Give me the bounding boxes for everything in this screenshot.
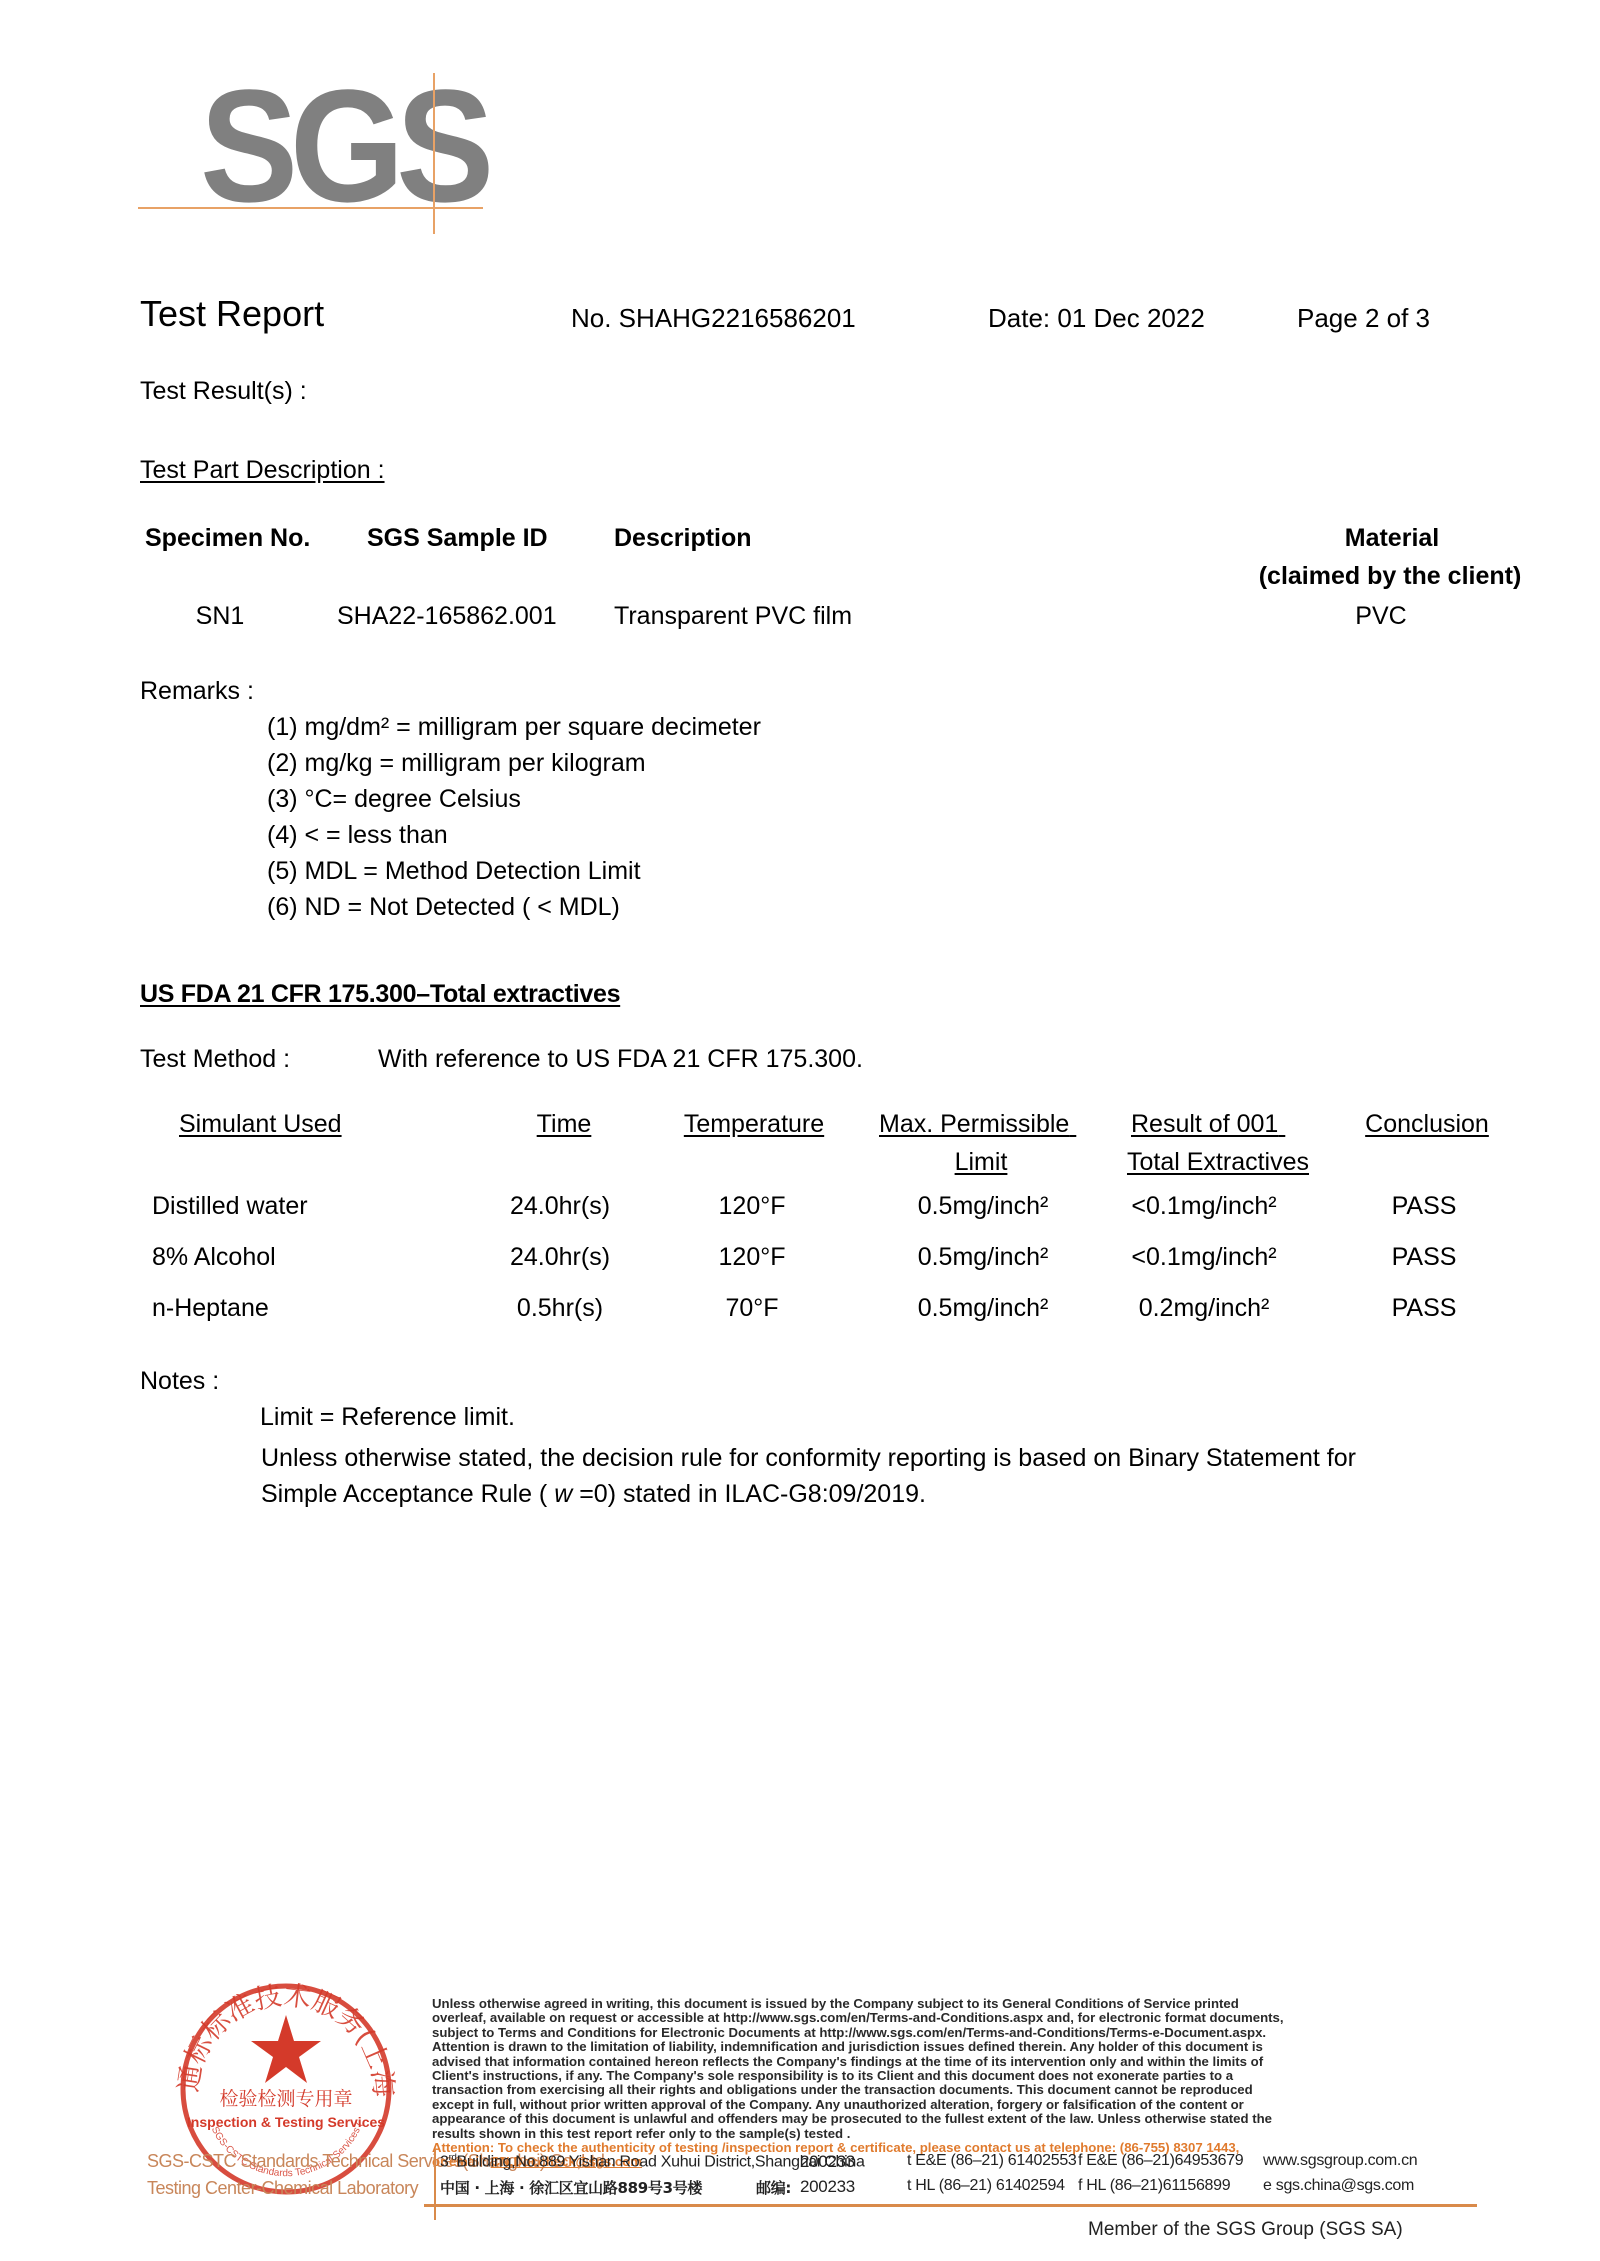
col-limit: Max. Permissible [879,1110,1076,1139]
cell-simulant: Distilled water [152,1192,308,1221]
disclaimer-line: Client's instructions, if any. The Compa… [432,2069,1432,2083]
test-method-label: Test Method : [140,1045,290,1074]
remarks-label: Remarks : [140,677,254,706]
note-decision-rule: Unless otherwise stated, the decision ru… [261,1444,1356,1473]
address-floor: 3 [440,2153,449,2170]
note-text: Simple Acceptance Rule ( [261,1480,554,1508]
disclaimer-line: appearance of this document is unlawful … [432,2112,1432,2126]
tel-hl: t HL (86–21) 61402594 [907,2177,1065,2195]
remark-item: (1) mg/dm² = milligram per square decime… [267,713,761,742]
test-results-label: Test Result(s) : [140,377,307,406]
logo-horizontal-rule [138,207,483,209]
disclaimer-line: transaction from exercising all their ri… [432,2083,1432,2097]
postcode-cn: 200233 [800,2177,855,2197]
disclaimer-line: Unless otherwise agreed in writing, this… [432,1997,1432,2011]
disclaimer-line: Attention is drawn to the limitation of … [432,2040,1432,2054]
address-cn: 中国 · 上海 · 徐汇区宜山路889号3号楼 [440,2177,702,2198]
cell-time: 24.0hr(s) [510,1243,610,1272]
fax-hl: f HL (86–21)61156899 [1078,2177,1230,2195]
member-of-sgs-group: Member of the SGS Group (SGS SA) [1088,2219,1403,2241]
cell-simulant: 8% Alcohol [152,1243,276,1272]
note-text: =0) stated in ILAC-G8:09/2019. [572,1480,926,1508]
cell-temperature: 70°F [725,1294,778,1323]
col-sample-id: SGS Sample ID [367,524,548,553]
cell-temperature: 120°F [719,1192,786,1221]
sample-description: Transparent PVC film [614,602,852,631]
remark-item: (6) ND = Not Detected ( < MDL) [267,893,620,922]
cell-limit: 0.5mg/inch² [918,1243,1049,1272]
address-ordinal: rd [449,2152,457,2163]
legal-disclaimer: Unless otherwise agreed in writing, this… [432,1997,1432,2170]
col-conclusion: Conclusion [1365,1110,1489,1139]
col-material: Material [1345,524,1439,553]
page-title: Test Report [140,293,324,335]
tel-ee: t E&E (86–21) 61402553 [907,2152,1077,2170]
col-temperature: Temperature [684,1110,824,1139]
sample-id: SHA22-165862.001 [337,602,557,631]
footer-rule [424,2204,1477,2207]
col-result-line2: Total Extractives [1127,1148,1309,1177]
sample-material: PVC [1355,602,1406,631]
col-description: Description [614,524,752,553]
cell-limit: 0.5mg/inch² [918,1294,1049,1323]
sgs-logo-text: SGS [200,66,486,226]
disclaimer-line: subject to Terms and Conditions for Elec… [432,2026,1432,2040]
col-material-note: (claimed by the client) [1259,562,1522,591]
col-specimen-no: Specimen No. [145,524,310,553]
cell-time: 24.0hr(s) [510,1192,610,1221]
contact-email-link[interactable]: e sgs.china@sgs.com [1263,2177,1414,2195]
specimen-no: SN1 [196,602,245,631]
footer-vertical-rule [434,2150,436,2220]
disclaimer-line: results shown in this test report refer … [432,2127,1432,2141]
cell-result: 0.2mg/inch² [1139,1294,1270,1323]
test-part-heading: Test Part Description : [140,456,385,485]
page-number: Page 2 of 3 [1297,303,1430,334]
cell-result: <0.1mg/inch² [1131,1192,1276,1221]
note-decision-rule-cont: Simple Acceptance Rule ( w =0) stated in… [261,1480,926,1509]
cell-simulant: n-Heptane [152,1294,269,1323]
col-result: Result of 001 [1131,1110,1285,1139]
col-time: Time [537,1110,592,1139]
cell-time: 0.5hr(s) [517,1294,603,1323]
cell-conclusion: PASS [1392,1192,1457,1221]
postcode-en: 200233 [800,2152,855,2172]
note-w-symbol: w [554,1480,572,1508]
col-limit-line2: Limit [955,1148,1008,1177]
remark-item: (5) MDL = Method Detection Limit [267,857,641,886]
logo-vertical-rule [433,73,435,234]
report-number: No. SHAHG2216586201 [571,303,856,334]
website-link[interactable]: www.sgsgroup.com.cn [1263,2152,1417,2170]
col-result-line1: Result of 001 [1131,1110,1278,1138]
fax-ee: f E&E (86–21)64953679 [1078,2152,1243,2170]
remark-item: (4) < = less than [267,821,448,850]
remark-item: (3) °C= degree Celsius [267,785,521,814]
disclaimer-line: advised that information contained hereo… [432,2055,1432,2069]
svg-text:Inspection & Testing Services: Inspection & Testing Services [187,2114,385,2130]
cell-result: <0.1mg/inch² [1131,1243,1276,1272]
test-method-value: With reference to US FDA 21 CFR 175.300. [378,1045,863,1074]
section-title: US FDA 21 CFR 175.300–Total extractives [140,980,620,1009]
col-limit-line1: Max. Permissible [879,1110,1069,1138]
report-date: Date: 01 Dec 2022 [988,303,1205,334]
col-simulant: Simulant Used [179,1110,342,1139]
stamp-org-line2: Testing Center-Chemical Laboratory [147,2178,418,2199]
cell-conclusion: PASS [1392,1243,1457,1272]
disclaimer-line: overleaf, available on request or access… [432,2011,1432,2025]
cell-limit: 0.5mg/inch² [918,1192,1049,1221]
cell-temperature: 120°F [719,1243,786,1272]
notes-label: Notes : [140,1367,219,1396]
note-limit: Limit = Reference limit. [260,1403,515,1432]
postcode-cn-label: 邮编: [756,2177,791,2198]
svg-text:检验检测专用章: 检验检测专用章 [219,2088,352,2110]
remark-item: (2) mg/kg = milligram per kilogram [267,749,646,778]
cell-conclusion: PASS [1392,1294,1457,1323]
disclaimer-line: except in full, without prior written ap… [432,2098,1432,2112]
